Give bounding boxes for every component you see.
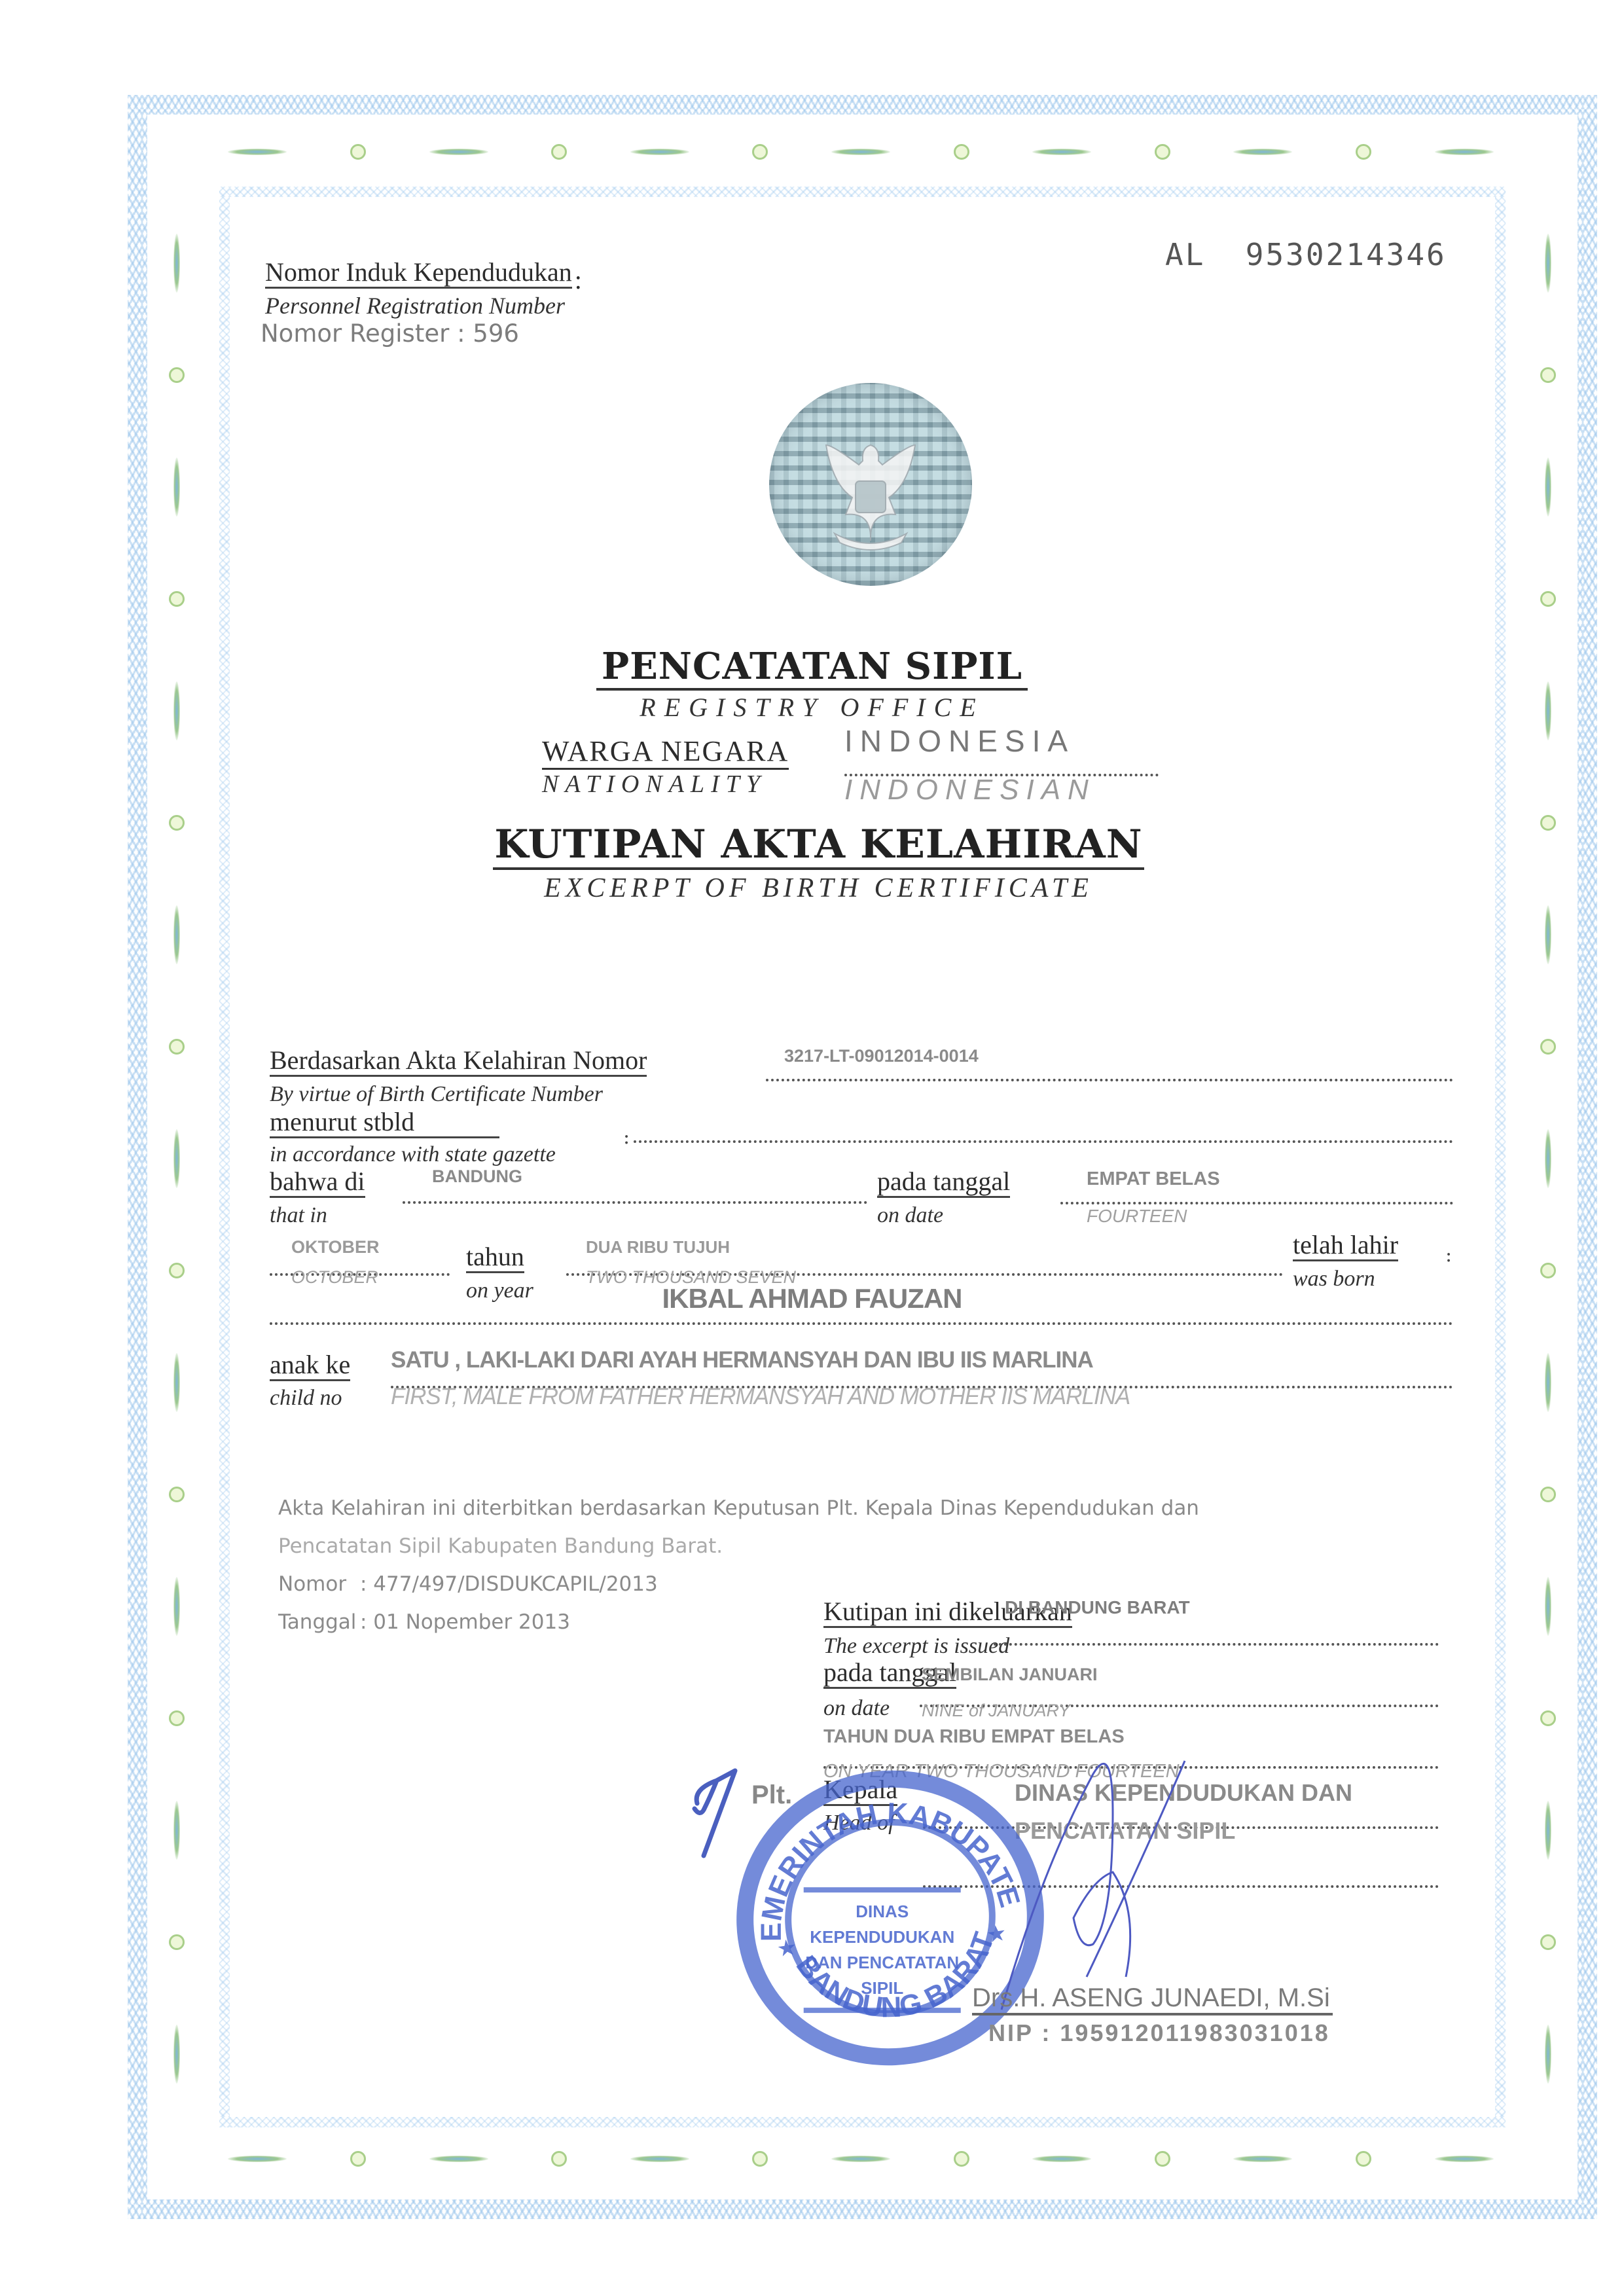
stamp-center-text: DINAS KEPENDUDUKAN DAN PENCATATAN SIPIL: [804, 1887, 961, 2013]
document-title-block: KUTIPAN AKTA KELAHIRAN EXCERPT OF BIRTH …: [0, 822, 1624, 904]
signature-icon: [949, 1748, 1263, 2023]
born-label: telah lahir: [1293, 1231, 1398, 1261]
issued-year-value: TAHUN DUA RIBU EMPAT BELAS: [823, 1726, 1125, 1748]
border-ornament-bottom: [196, 2146, 1525, 2172]
cert-no-dotline: [766, 1079, 1453, 1081]
child-no-value-en: FIRST, MALE FROM FATHER HERMANSYAH AND M…: [391, 1384, 1130, 1410]
stbld-dotline: [634, 1140, 1453, 1143]
birth-date-label: pada tanggal: [877, 1167, 1010, 1198]
nationality-field: WARGA NEGARA NATIONALITY: [542, 734, 789, 799]
nationality-label: WARGA NEGARA: [542, 734, 789, 770]
issued-date-value-en: NINE of JANUARY: [922, 1701, 1070, 1721]
register-number: Nomor Register : 596: [261, 319, 519, 348]
decree-line-1: Akta Kelahiran ini diterbitkan berdasark…: [278, 1489, 1199, 1527]
place-dotline: [403, 1201, 867, 1204]
issued-place-dotline: [994, 1643, 1439, 1646]
office-title: PENCATATAN SIPIL: [596, 645, 1028, 691]
handwritten-initial-icon: [691, 1767, 743, 1859]
serial-number: AL 9530214346: [1165, 237, 1447, 272]
official-nip: NIP : 195912011983031018: [988, 2019, 1330, 2047]
svg-text:★: ★: [775, 1934, 799, 1962]
stbld-label-en: in accordance with state gazette: [270, 1142, 556, 1167]
birth-year-value: DUA RIBU TUJUH: [586, 1237, 730, 1257]
birth-date-value-en: FOURTEEN: [1087, 1206, 1187, 1227]
stbld-label: menurut stbld: [270, 1108, 499, 1138]
child-no-value: SATU , LAKI-LAKI DARI AYAH HERMANSYAH DA…: [391, 1347, 1093, 1373]
cert-no-label: Berdasarkan Akta Kelahiran Nomor: [270, 1046, 647, 1077]
stamp-center-line1: DINAS KEPENDUDUKAN: [804, 1899, 961, 1950]
nik-field: Nomor Induk Kependudukan :: [265, 257, 582, 289]
cert-no-label-en: By virtue of Birth Certificate Number: [270, 1081, 603, 1107]
border-ornament-left: [164, 196, 190, 2121]
birth-year-label: tahun: [466, 1242, 524, 1273]
issued-place: DI BANDUNG BARAT: [1005, 1597, 1190, 1618]
decree-nomor-value: : 477/497/DISDUKCAPIL/2013: [360, 1572, 658, 1596]
stamp-center-line2: DAN PENCATATAN SIPIL: [804, 1950, 961, 2001]
office-title-en: REGISTRY OFFICE: [596, 692, 1028, 723]
place-value: BANDUNG: [432, 1166, 522, 1187]
register-label: Nomor Register :: [261, 319, 465, 348]
nationality-value-en: INDONESIAN: [844, 774, 1096, 806]
decree-tanggal-value: : 01 Nopember 2013: [360, 1610, 570, 1634]
child-no-label-en: child no: [270, 1385, 342, 1411]
official-name: Drs.H. ASENG JUNAEDI, M.Si: [972, 1983, 1333, 2015]
decree-line-2: Pencatatan Sipil Kabupaten Bandung Barat…: [278, 1527, 1199, 1565]
border-ornament-right: [1535, 196, 1561, 2121]
birth-date-value: EMPAT BELAS: [1087, 1168, 1220, 1190]
child-name: IKBAL AHMAD FAUZAN: [0, 1283, 1624, 1314]
document-title-en: EXCERPT OF BIRTH CERTIFICATE: [493, 873, 1144, 904]
issued-date-label-en: on date: [823, 1695, 890, 1721]
place-label-en: that in: [270, 1202, 327, 1228]
birth-date-dotline: [1060, 1202, 1453, 1204]
garuda-hologram-icon: [769, 383, 972, 586]
issued-date-value: SEMBILAN JANUARI: [922, 1665, 1098, 1685]
border-ornament-top: [196, 139, 1525, 165]
nik-label: Nomor Induk Kependudukan: [265, 258, 572, 289]
place-label: bahwa di: [270, 1167, 365, 1198]
cert-no-value: 3217-LT-09012014-0014: [784, 1046, 979, 1066]
nationality-value: INDONESIA: [844, 723, 1075, 759]
nik-label-en: Personnel Registration Number: [265, 292, 565, 319]
office-title-block: PENCATATAN SIPIL REGISTRY OFFICE: [0, 645, 1624, 723]
decree-nomor-label: Nomor: [278, 1565, 360, 1603]
birth-date-label-en: on date: [877, 1202, 943, 1228]
document-title: KUTIPAN AKTA KELAHIRAN: [493, 822, 1144, 870]
nik-colon: :: [575, 265, 582, 295]
born-colon: :: [1445, 1244, 1452, 1267]
stbld-colon: :: [623, 1126, 630, 1149]
issued-label-en: The excerpt is issued: [823, 1633, 1009, 1659]
birth-month-value: OKTOBER: [291, 1237, 380, 1257]
nationality-label-en: NATIONALITY: [542, 770, 789, 799]
register-value: 596: [473, 319, 519, 348]
decree-tanggal-label: Tanggal: [278, 1603, 360, 1641]
child-name-dotline: [270, 1322, 1453, 1325]
child-no-label: anak ke: [270, 1350, 350, 1381]
